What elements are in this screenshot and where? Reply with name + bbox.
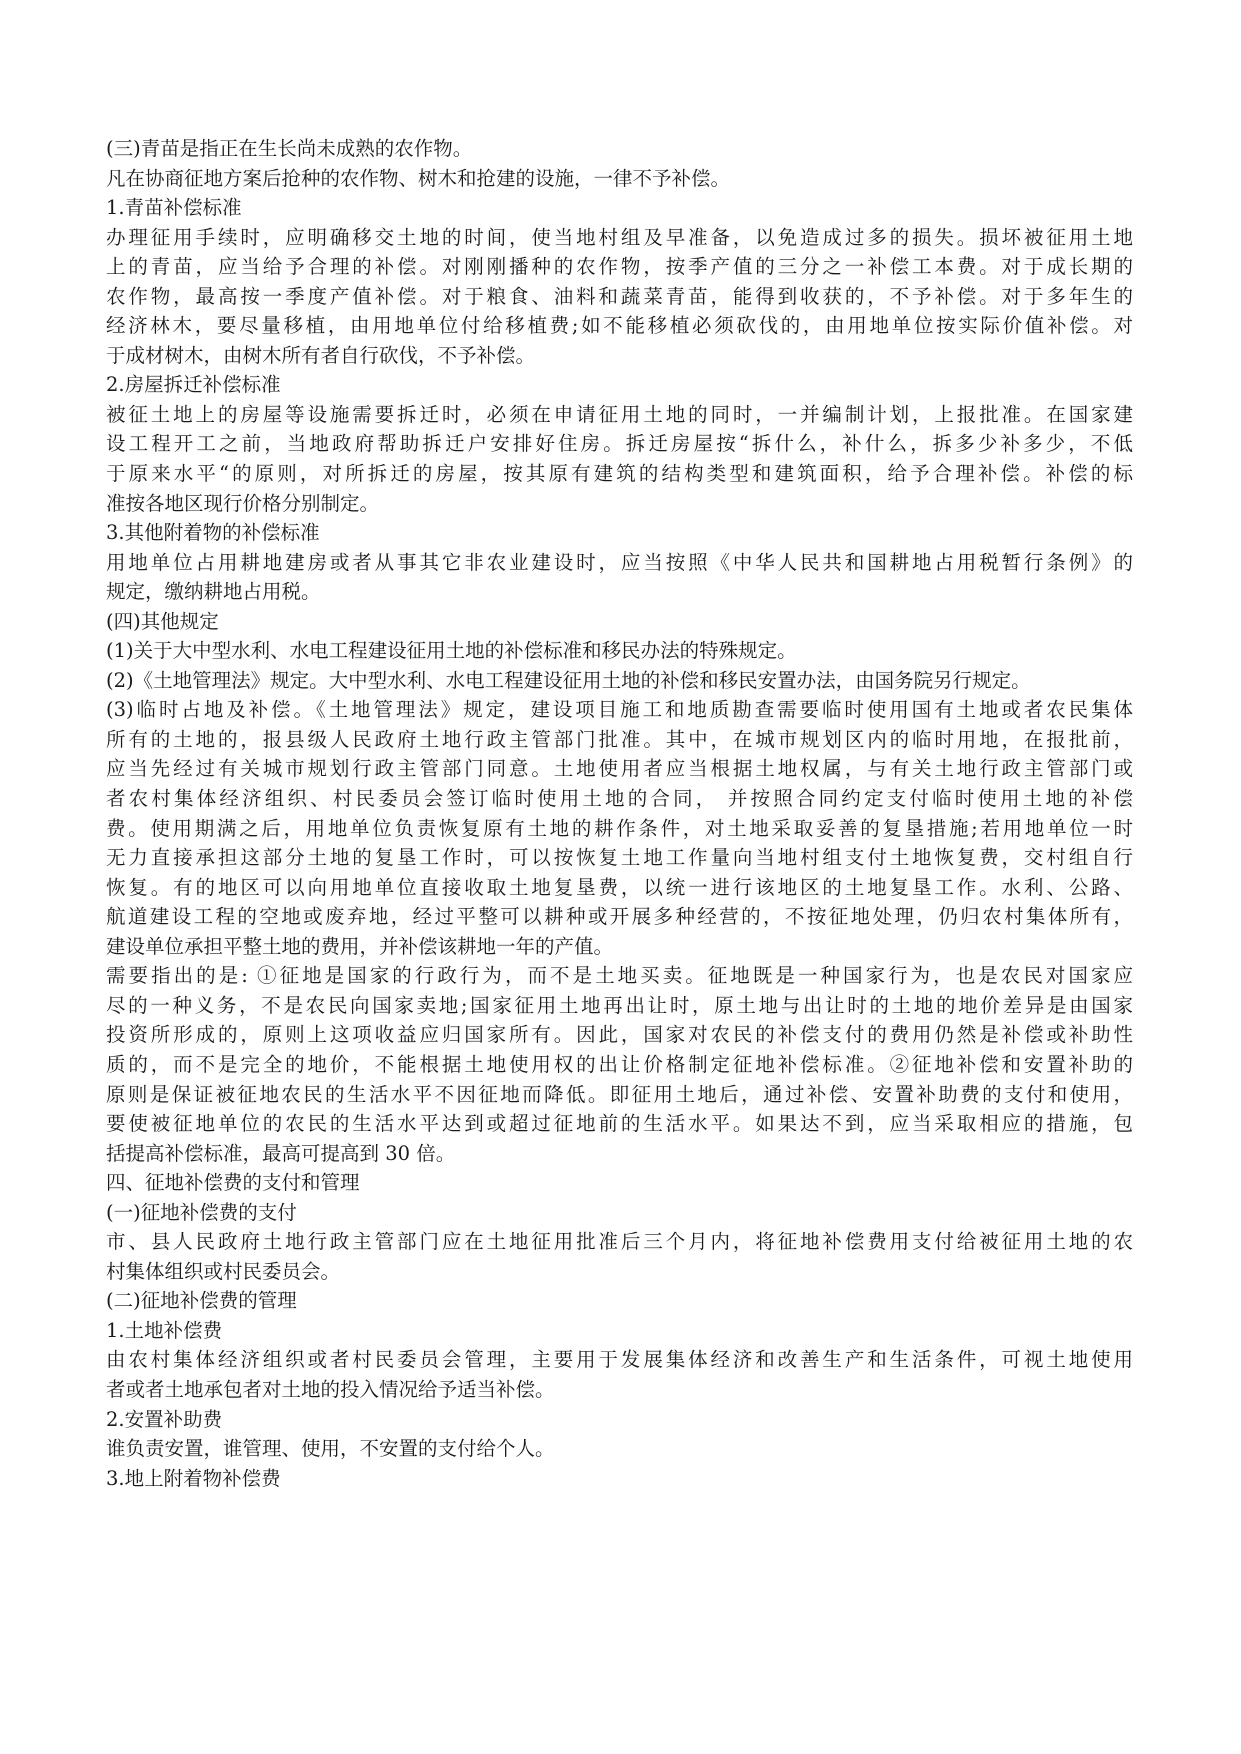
- text-line: 者农村集体经济组织、村民委员会签订临时使用土地的合同， 并按照合同约定支付临时使…: [106, 784, 1133, 814]
- subheading-house-demolition-standard: 2.房屋拆迁补偿标准: [106, 370, 1133, 400]
- paragraph-land-compensation-fee: 由农村集体经济组织或者村民委员会管理，主要用于发展集体经济和改善生产和生活条件，…: [106, 1345, 1133, 1404]
- text-line: 所有的土地的，报县级人民政府土地行政主管部门批准。其中，在城市规划区内的临时用地…: [106, 725, 1133, 755]
- text-line: 农作物，最高按一季度产值补偿。对于粮食、油料和蔬菜青苗，能得到收获的，不予补偿。…: [106, 282, 1133, 312]
- text-line: 凡在协商征地方案后抢种的农作物、树木和抢建的设施，一律不予补偿。: [106, 164, 1133, 194]
- paragraph-payment: 市、县人民政府土地行政主管部门应在土地征用批准后三个月内，将征地补偿费用支付给被…: [106, 1227, 1133, 1286]
- text-line: 恢复。有的地区可以向用地单位直接收取土地复垦费，以统一进行该地区的土地复垦工作。…: [106, 873, 1133, 903]
- text-line: 2.房屋拆迁补偿标准: [106, 370, 1133, 400]
- text-line: 村集体组织或村民委员会。: [106, 1257, 1133, 1287]
- text-line: 经济林木，要尽量移植，由用地单位付给移植费;如不能移植必须砍伐的，由用地单位按实…: [106, 311, 1133, 341]
- text-line: 应当先经过有关城市规划行政主管部门同意。土地使用者应当根据土地权属，与有关土地行…: [106, 754, 1133, 784]
- text-line: 办理征用手续时，应明确移交土地的时间，使当地村组及早准备，以免造成过多的损失。损…: [106, 223, 1133, 253]
- text-line: 3.地上附着物补偿费: [106, 1464, 1133, 1494]
- subheading-other-attachments-standard: 3.其他附着物的补偿标准: [106, 518, 1133, 548]
- text-line: 3.其他附着物的补偿标准: [106, 518, 1133, 548]
- paragraph-seedling-standard: 办理征用手续时，应明确移交土地的时间，使当地村组及早准备，以免造成过多的损失。损…: [106, 223, 1133, 371]
- paragraph-provision-3-temporary-land: (3)临时占地及补偿。《土地管理法》规定，建设项目施工和地质勘查需要临时使用国有…: [106, 695, 1133, 961]
- text-line: 尽的一种义务，不是农民向国家卖地;国家征用土地再出让时，原土地与出让时的土地的地…: [106, 991, 1133, 1021]
- text-line: 1.土地补偿费: [106, 1316, 1133, 1346]
- text-line: 需要指出的是: ①征地是国家的行政行为，而不是土地买卖。征地既是一种国家行为，也…: [106, 961, 1133, 991]
- text-line: 四、征地补偿费的支付和管理: [106, 1168, 1133, 1198]
- text-line: 由农村集体经济组织或者村民委员会管理，主要用于发展集体经济和改善生产和生活条件，…: [106, 1345, 1133, 1375]
- text-line: 用地单位占用耕地建房或者从事其它非农业建设时，应当按照《中华人民共和国耕地占用税…: [106, 548, 1133, 578]
- paragraph-resettlement-subsidy: 谁负责安置，谁管理、使用，不安置的支付给个人。: [106, 1434, 1133, 1464]
- subheading-attachments-compensation-fee: 3.地上附着物补偿费: [106, 1464, 1133, 1494]
- paragraph-provision-1: (1)关于大中型水利、水电工程建设征用土地的补偿标准和移民办法的特殊规定。: [106, 636, 1133, 666]
- text-line: 要使被征地单位的农民的生活水平达到或超过征地前的生活水平。如果达不到，应当采取相…: [106, 1109, 1133, 1139]
- text-line: 于成材树木，由树木所有者自行砍伐，不予补偿。: [106, 341, 1133, 371]
- text-line: 2.安置补助费: [106, 1405, 1133, 1435]
- subheading-payment: (一)征地补偿费的支付: [106, 1198, 1133, 1228]
- text-line: 市、县人民政府土地行政主管部门应在土地征用批准后三个月内，将征地补偿费用支付给被…: [106, 1227, 1133, 1257]
- subheading-seedlings-definition: (三)青苗是指正在生长尚未成熟的农作物。: [106, 134, 1133, 164]
- document-page: (三)青苗是指正在生长尚未成熟的农作物。 凡在协商征地方案后抢种的农作物、树木和…: [106, 134, 1133, 1493]
- text-line: 无力直接承担这部分土地的复垦工作时，可以按恢复土地工作量向当地村组支付土地恢复费…: [106, 843, 1133, 873]
- text-line: 括提高补偿标准，最高可提高到 30 倍。: [106, 1139, 1133, 1169]
- text-line: 1.青苗补偿标准: [106, 193, 1133, 223]
- text-line: 质的，而不是完全的地价，不能根据土地使用权的出让价格制定征地补偿标准。②征地补偿…: [106, 1050, 1133, 1080]
- text-line: (二)征地补偿费的管理: [106, 1286, 1133, 1316]
- text-line: 被征土地上的房屋等设施需要拆迁时，必须在申请征用土地的同时，一并编制计划，上报批…: [106, 400, 1133, 430]
- text-line: (3)临时占地及补偿。《土地管理法》规定，建设项目施工和地质勘查需要临时使用国有…: [106, 695, 1133, 725]
- text-line: 费。使用期满之后，用地单位负责恢复原有土地的耕作条件，对土地采取妥善的复垦措施;…: [106, 814, 1133, 844]
- text-line: 于原来水平“的原则，对所拆迁的房屋，按其原有建筑的结构类型和建筑面积，给予合理补…: [106, 459, 1133, 489]
- text-line: (一)征地补偿费的支付: [106, 1198, 1133, 1228]
- text-line: (四)其他规定: [106, 607, 1133, 637]
- text-line: (2)《土地管理法》规定。大中型水利、水电工程建设征用土地的补偿和移民安置办法，…: [106, 666, 1133, 696]
- text-line: 规定，缴纳耕地占用税。: [106, 577, 1133, 607]
- text-line: 谁负责安置，谁管理、使用，不安置的支付给个人。: [106, 1434, 1133, 1464]
- text-line: (三)青苗是指正在生长尚未成熟的农作物。: [106, 134, 1133, 164]
- heading-payment-and-management: 四、征地补偿费的支付和管理: [106, 1168, 1133, 1198]
- text-line: 建设单位承担平整土地的费用，并补偿该耕地一年的产值。: [106, 932, 1133, 962]
- text-line: (1)关于大中型水利、水电工程建设征用土地的补偿标准和移民办法的特殊规定。: [106, 636, 1133, 666]
- text-line: 投资所形成的，原则上这项收益应归国家所有。因此，国家对农民的补偿支付的费用仍然是…: [106, 1020, 1133, 1050]
- paragraph-no-compensation-rule: 凡在协商征地方案后抢种的农作物、树木和抢建的设施，一律不予补偿。: [106, 164, 1133, 194]
- text-line: 设工程开工之前，当地政府帮助拆迁户安排好住房。拆迁房屋按“拆什么，补什么，拆多少…: [106, 429, 1133, 459]
- paragraph-provision-2: (2)《土地管理法》规定。大中型水利、水电工程建设征用土地的补偿和移民安置办法，…: [106, 666, 1133, 696]
- paragraph-house-demolition-standard: 被征土地上的房屋等设施需要拆迁时，必须在申请征用土地的同时，一并编制计划，上报批…: [106, 400, 1133, 518]
- subheading-management: (二)征地补偿费的管理: [106, 1286, 1133, 1316]
- text-line: 准按各地区现行价格分别制定。: [106, 489, 1133, 519]
- paragraph-other-attachments-standard: 用地单位占用耕地建房或者从事其它非农业建设时，应当按照《中华人民共和国耕地占用税…: [106, 548, 1133, 607]
- paragraph-key-points: 需要指出的是: ①征地是国家的行政行为，而不是土地买卖。征地既是一种国家行为，也…: [106, 961, 1133, 1168]
- text-line: 航道建设工程的空地或废弃地，经过平整可以耕种或开展多种经营的，不按征地处理，仍归…: [106, 902, 1133, 932]
- subheading-other-provisions: (四)其他规定: [106, 607, 1133, 637]
- subheading-land-compensation-fee: 1.土地补偿费: [106, 1316, 1133, 1346]
- subheading-resettlement-subsidy: 2.安置补助费: [106, 1405, 1133, 1435]
- text-line: 者或者土地承包者对土地的投入情况给予适当补偿。: [106, 1375, 1133, 1405]
- subheading-seedling-standard: 1.青苗补偿标准: [106, 193, 1133, 223]
- text-line: 原则是保证被征地农民的生活水平不因征地而降低。即征用土地后，通过补偿、安置补助费…: [106, 1080, 1133, 1110]
- text-line: 上的青苗，应当给予合理的补偿。对刚刚播种的农作物，按季产值的三分之一补偿工本费。…: [106, 252, 1133, 282]
